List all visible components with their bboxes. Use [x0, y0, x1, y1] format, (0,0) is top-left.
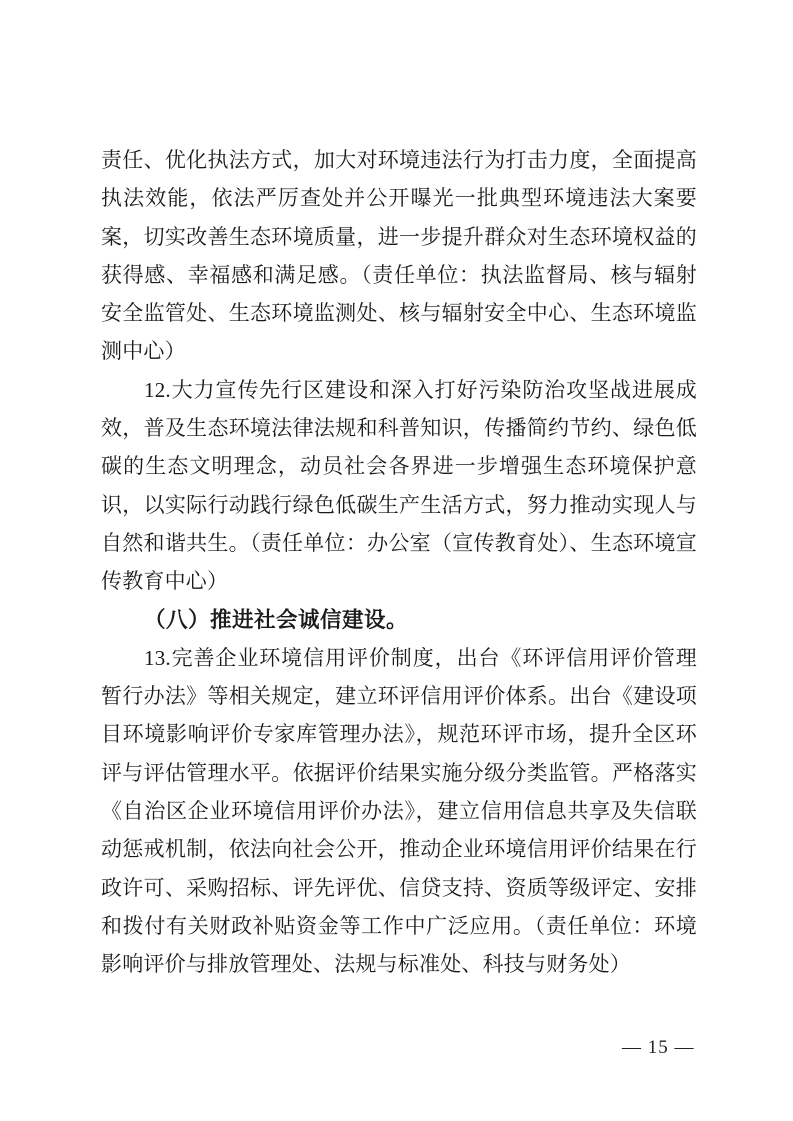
text-line: 动惩戒机制，依法向社会公开，推动企业环境信用评价结果在行	[101, 830, 697, 868]
text-line: 安全监管处、生态环境监测处、核与辐射安全中心、生态环境监	[101, 294, 697, 332]
text-line: 自然和谐共生。（责任单位：办公室（宣传教育处）、生态环境宣	[101, 524, 697, 562]
body-text: 责任、优化执法方式，加大对环境违法行为打击力度，全面提高 执法效能，依法严厉查处…	[101, 141, 697, 984]
page-number: — 15 —	[622, 1034, 702, 1062]
text-line: 测中心）	[101, 332, 697, 370]
text-line: 《自治区企业环境信用评价办法》，建立信用信息共享及失信联	[101, 792, 697, 830]
paragraph-12: 12.大力宣传先行区建设和深入打好污染防治攻坚战进展成 效，普及生态环境法律法规…	[101, 371, 697, 601]
text-line: 传教育中心）	[101, 562, 697, 600]
text-line: 碳的生态文明理念，动员社会各界进一步增强生态环境保护意	[101, 447, 697, 485]
text-line: 政许可、采购招标、评先评优、信贷支持、资质等级评定、安排	[101, 869, 697, 907]
paragraph-13: 13.完善企业环境信用评价制度，出台《环评信用评价管理 暂行办法》等相关规定，建…	[101, 639, 697, 984]
text-line: 目环境影响评价专家库管理办法》，规范环评市场，提升全区环	[101, 715, 697, 753]
text-line: 执法效能，依法严厉查处并公开曝光一批典型环境违法大案要	[101, 179, 697, 217]
document-page: 责任、优化执法方式，加大对环境违法行为打击力度，全面提高 执法效能，依法严厉查处…	[0, 0, 793, 1121]
text-line: 效，普及生态环境法律法规和科普知识，传播简约节约、绿色低	[101, 409, 697, 447]
text-line: 识，以实际行动践行绿色低碳生产生活方式，努力推动实现人与	[101, 486, 697, 524]
text-line: 责任、优化执法方式，加大对环境违法行为打击力度，全面提高	[101, 141, 697, 179]
text-line: 获得感、幸福感和满足感。（责任单位：执法监督局、核与辐射	[101, 256, 697, 294]
text-line: 13.完善企业环境信用评价制度，出台《环评信用评价管理	[101, 639, 697, 677]
text-line: 12.大力宣传先行区建设和深入打好污染防治攻坚战进展成	[101, 371, 697, 409]
text-line: 案，切实改善生态环境质量，进一步提升群众对生态环境权益的	[101, 218, 697, 256]
text-line: 和拨付有关财政补贴资金等工作中广泛应用。（责任单位：环境	[101, 907, 697, 945]
text-line: 影响评价与排放管理处、法规与标准处、科技与财务处）	[101, 945, 697, 983]
text-line: 评与评估管理水平。依据评价结果实施分级分类监管。严格落实	[101, 754, 697, 792]
section-heading: （八）推进社会诚信建设。	[101, 601, 697, 639]
paragraph-11-continuation: 责任、优化执法方式，加大对环境违法行为打击力度，全面提高 执法效能，依法严厉查处…	[101, 141, 697, 371]
text-line: 暂行办法》等相关规定，建立环评信用评价体系。出台《建设项	[101, 677, 697, 715]
